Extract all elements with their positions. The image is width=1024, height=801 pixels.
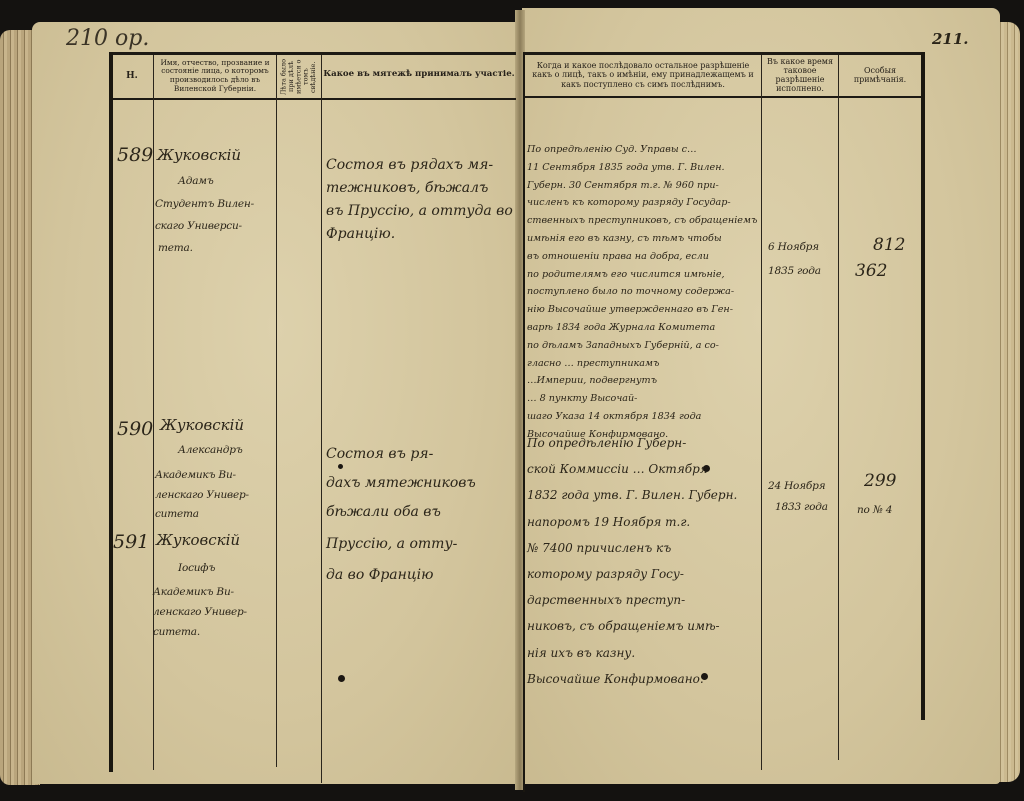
entry-590-participation-line: дахъ мятежниковъ: [326, 476, 476, 490]
ledger-book: 210 ор. 211. Н. Имя, отчество, прозвание…: [0, 0, 1024, 801]
rule-right-outer: [921, 52, 925, 720]
entry-590-name-line: ленскаго Универ-: [155, 490, 249, 501]
entry-591-name-line: ситета.: [153, 627, 200, 638]
resolution-line: Губерн. 30 Сентября т.г. № 960 при-: [527, 181, 719, 191]
entry-589-note-1: 812: [873, 237, 905, 254]
rule-after-executed: [838, 55, 839, 760]
header-name: Имя, отчество, прозвание и состояніе лиц…: [155, 56, 275, 96]
entry-589-participation-line: тежниковъ, бѣжалъ: [326, 181, 488, 195]
entry-591-name-line: Жуковскій: [156, 533, 240, 548]
resolution-line: поступлено было по точному содержа-: [527, 287, 734, 297]
entry-590-participation-line: да во Францію: [326, 568, 433, 582]
entry-589-executed-year: 1835 года: [768, 266, 821, 277]
rule-left-outer: [109, 52, 113, 772]
header-top-rule-right: [523, 52, 923, 55]
resolution-line: ственныхъ преступниковъ, съ обращеніемъ: [527, 216, 757, 226]
entry-590-name-line: ситета: [155, 509, 199, 520]
ink-blot: [338, 464, 343, 469]
left-folio-number: 210 ор.: [66, 26, 149, 51]
rule-after-years: [321, 55, 322, 783]
ink-blot: [703, 465, 710, 472]
resolution-line: нію Высочайше утвержденнаго въ Ген-: [527, 305, 733, 315]
resolution-line: въ отношеніи права на добра, если: [527, 252, 709, 262]
resolution-line: ской Коммиссіи … Октября: [527, 463, 708, 475]
resolution-line: По опредѣленію Суд. Управы с…: [527, 145, 697, 155]
entry-591-name-line: Іосифъ: [178, 563, 215, 574]
entry-590-note-2: по № 4: [857, 505, 892, 516]
entry-589-participation-line: Состоя въ рядахъ мя-: [326, 158, 493, 172]
resolution-line: по дѣламъ Западныхъ Губерній, а со-: [527, 341, 719, 351]
entry-589-participation-line: Францію.: [326, 227, 395, 241]
header-bottom-rule-left: [110, 98, 516, 100]
header-bottom-rule-right: [523, 96, 923, 98]
resolution-line: численъ къ которому разряду Государ-: [527, 198, 731, 208]
header-executed: Въ какое время таковое разрѣшеніе исполн…: [763, 56, 837, 94]
rule-right-inner: [523, 52, 525, 792]
entry-590-executed-date: 24 Ноября: [768, 481, 825, 492]
entry-589-participation-line: въ Пруссію, а оттуда во: [326, 204, 513, 218]
resolution-line: По опредѣленію Губерн-: [527, 437, 686, 449]
resolution-line: № 7400 причисленъ къ: [527, 542, 671, 554]
resolution-line: … 8 пункту Высочай-: [527, 394, 637, 404]
header-resolution: Когда и какое послѣдовало остальное разр…: [526, 56, 760, 94]
rule-after-name: [276, 55, 277, 767]
resolution-line: которому разряду Госу-: [527, 568, 684, 580]
header-number: Н.: [112, 56, 152, 96]
entry-590-number: 590: [117, 420, 153, 439]
header-participation: Какое въ мятежѣ принималъ участіе.: [323, 56, 515, 94]
entry-590-executed-year: 1833 года: [775, 502, 828, 513]
entry-591-name-line: ленскаго Универ-: [153, 607, 247, 618]
entry-590-name-line: Жуковскій: [160, 418, 244, 433]
resolution-line: имѣнія его въ казну, съ тѣмъ чтобы: [527, 234, 722, 244]
header-years: Лѣта было при дѣлѣ имѣется о томъ свѣдѣн…: [278, 56, 320, 98]
entry-590-participation-line: Состоя въ ря-: [326, 447, 433, 461]
resolution-line: Высочайше Конфирмовано.: [527, 673, 704, 685]
entry-590-name-line: Академикъ Ви-: [155, 470, 236, 481]
entry-590-participation-line: Пруссію, а отту-: [326, 537, 457, 551]
ink-blot: [338, 675, 345, 682]
resolution-line: по родителямъ его числится имѣніе,: [527, 270, 725, 280]
resolution-line: нія ихъ въ казну.: [527, 647, 635, 659]
ink-blot: [701, 673, 708, 680]
entry-591-name-line: Академикъ Ви-: [153, 587, 234, 598]
right-folio-number: 211.: [932, 30, 969, 48]
entry-590-name-line: Александръ: [178, 445, 243, 456]
entry-589-number: 589: [117, 146, 153, 165]
resolution-line: дарственныхъ преступ-: [527, 594, 685, 606]
resolution-line: 1832 года утв. Г. Вилен. Губерн.: [527, 489, 737, 501]
resolution-line: никовъ, съ обращеніемъ имѣ-: [527, 620, 720, 632]
resolution-line: 11 Сентября 1835 года утв. Г. Вилен.: [527, 163, 725, 173]
entry-589-note-2: 362: [855, 263, 887, 280]
entry-590-participation-line: бѣжали оба въ: [326, 505, 441, 519]
entry-591-number: 591: [113, 533, 149, 552]
resolution-line: …Империи, подвергнутъ: [527, 376, 657, 386]
entry-590-note-1: 299: [864, 473, 896, 490]
resolution-line: шаго Указа 14 октября 1834 года: [527, 412, 701, 422]
rule-after-resolution: [761, 55, 762, 770]
resolution-line: варѣ 1834 года Журнала Комитета: [527, 323, 715, 333]
entry-589-name-line: тета.: [158, 243, 193, 254]
resolution-line: напоромъ 19 Ноября т.г.: [527, 516, 690, 528]
entry-589-executed-date: 6 Ноября: [768, 242, 819, 253]
entry-589-name-line: Адамъ: [178, 176, 214, 187]
resolution-line: гласно … преступникамъ: [527, 359, 659, 369]
entry-589-name-line: скаго Универси-: [155, 221, 242, 232]
header-top-rule-left: [110, 52, 516, 55]
entry-589-name-line: Жуковскій: [157, 148, 241, 163]
entry-589-name-line: Студентъ Вилен-: [155, 199, 254, 210]
header-notes: Особыя примѣчанія.: [840, 56, 920, 94]
